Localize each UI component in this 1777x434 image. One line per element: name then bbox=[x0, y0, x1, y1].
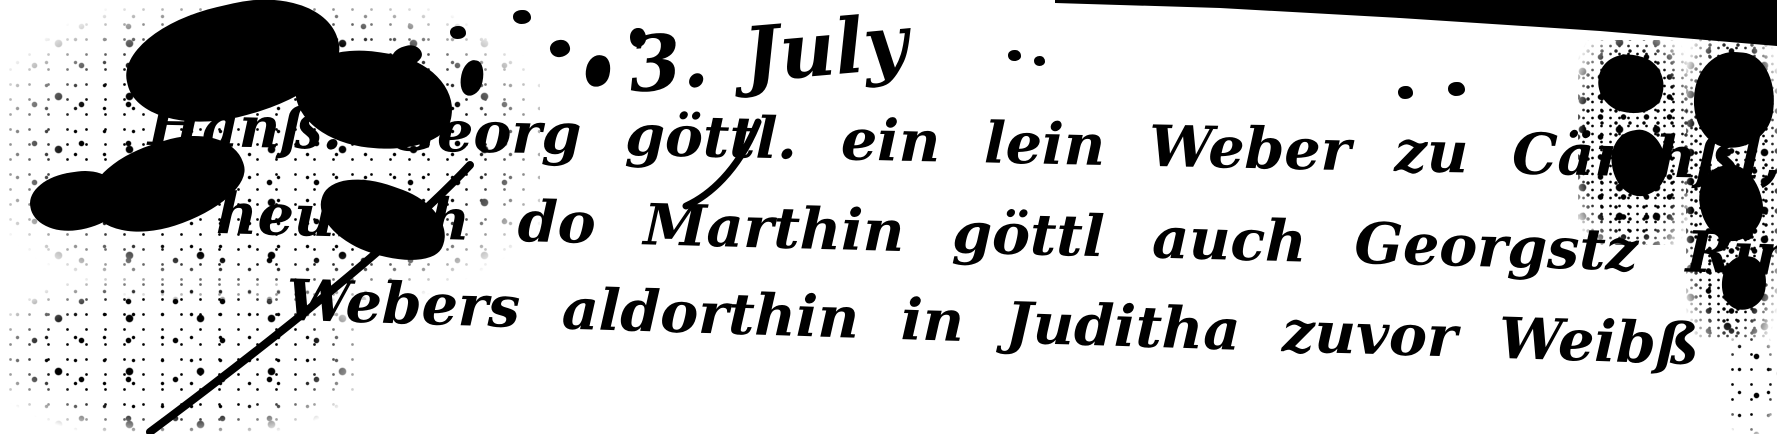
ink-blot bbox=[513, 10, 531, 24]
ink-speckle-field-bottom-right bbox=[1722, 330, 1777, 434]
ink-blot bbox=[1398, 86, 1413, 99]
date-heading: 3. July bbox=[625, 4, 911, 104]
entry-line-3: Webers aldorthin in Juditha zuvor Weibß bbox=[285, 272, 1700, 373]
ink-blot bbox=[1008, 50, 1021, 61]
corner-numeral: 3 bbox=[202, 8, 240, 58]
manuscript-page: 3 3. July Hanß: Georg göttl. ein lein We… bbox=[0, 0, 1777, 434]
ink-blot bbox=[1034, 56, 1045, 66]
ink-blot bbox=[582, 53, 613, 90]
ink-blot bbox=[450, 26, 466, 39]
ink-blot bbox=[1448, 82, 1465, 96]
ink-blot bbox=[549, 39, 571, 59]
